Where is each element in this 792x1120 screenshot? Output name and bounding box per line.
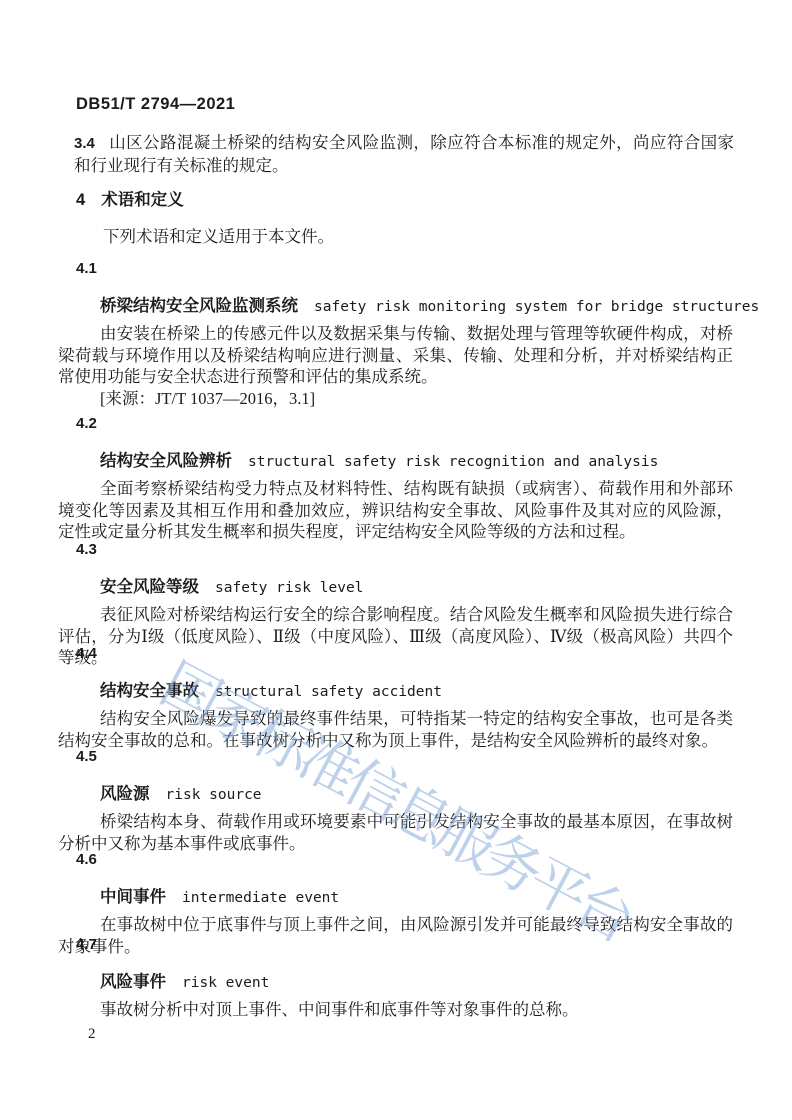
term-definition: 结构安全风险爆发导致的最终事件结果，可特指某一特定的结构安全事故，也可是各类结构… [58,708,733,751]
term-definition: 由安装在桥梁上的传感元件以及数据采集与传输、数据处理与管理等软硬件构成，对桥梁荷… [58,323,733,388]
document-code-header: DB51/T 2794—2021 [76,95,235,114]
term-english: structural safety accident [215,684,442,700]
term-line: 结构安全事故structural safety accident [100,681,733,703]
intro-paragraph: 3.4山区公路混凝土桥梁的结构安全风险监测，除应符合本标准的规定外，尚应符合国家… [74,132,734,176]
chapter-number: 4 [76,191,85,209]
chapter-title: 术语和定义 [101,191,184,209]
term-line: 结构安全风险辨析structural safety risk recogniti… [100,451,733,473]
term-definition: 事故树分析中对顶上事件、中间事件和底事件等对象事件的总称。 [58,999,733,1021]
term-english: risk event [182,975,269,991]
clause-number: 4.3 [76,539,733,560]
clause-4-2: 4.2 结构安全风险辨析structural safety risk recog… [58,413,733,543]
term-english: structural safety risk recognition and a… [248,454,658,470]
clause-number: 4.2 [76,413,733,434]
term-definition: 桥梁结构本身、荷载作用或环境要素中可能引发结构安全事故的最基本原因，在事故树分析… [58,811,733,854]
clause-number: 4.7 [76,934,733,955]
term-english: risk source [166,787,262,803]
clause-4-7: 4.7 风险事件risk event 事故树分析中对顶上事件、中间事件和底事件等… [58,934,733,1021]
term-line: 中间事件intermediate event [100,887,733,909]
term-chinese: 安全风险等级 [100,578,199,596]
term-chinese: 结构安全风险辨析 [100,452,232,470]
document-page: DB51/T 2794—2021 3.4山区公路混凝土桥梁的结构安全风险监测，除… [0,0,792,1120]
term-english: safety risk level [215,580,363,596]
scope-note: 下列术语和定义适用于本文件。 [103,226,334,248]
chapter-heading: 4术语和定义 [76,186,184,210]
term-line: 桥梁结构安全风险监测系统safety risk monitoring syste… [100,296,733,318]
term-english: intermediate event [182,890,339,906]
term-line: 风险源risk source [100,784,733,806]
term-chinese: 桥梁结构安全风险监测系统 [100,297,298,315]
clause-number: 4.5 [76,746,733,767]
clause-4-1: 4.1 桥梁结构安全风险监测系统safety risk monitoring s… [58,258,733,409]
clause-4-5: 4.5 风险源risk source 桥梁结构本身、荷载作用或环境要素中可能引发… [58,746,733,854]
page-number: 2 [88,1026,96,1043]
source-reference: [来源：JT/T 1037—2016，3.1] [100,388,733,410]
term-chinese: 风险事件 [100,973,166,991]
clause-number: 4.1 [76,258,733,279]
clause-number: 3.4 [74,135,95,152]
term-line: 安全风险等级safety risk level [100,577,733,599]
term-chinese: 结构安全事故 [100,682,199,700]
clause-number: 4.6 [76,849,733,870]
intro-text: 山区公路混凝土桥梁的结构安全风险监测，除应符合本标准的规定外，尚应符合国家和行业… [74,133,734,175]
term-chinese: 中间事件 [100,888,166,906]
term-chinese: 风险源 [100,785,150,803]
term-definition: 全面考察桥梁结构受力特点及材料特性、结构既有缺损（或病害）、荷载作用和外部环境变… [58,478,733,543]
clause-number: 4.4 [76,643,733,664]
term-line: 风险事件risk event [100,972,733,994]
clause-4-4: 4.4 结构安全事故structural safety accident 结构安… [58,643,733,751]
term-english: safety risk monitoring system for bridge… [314,299,759,315]
